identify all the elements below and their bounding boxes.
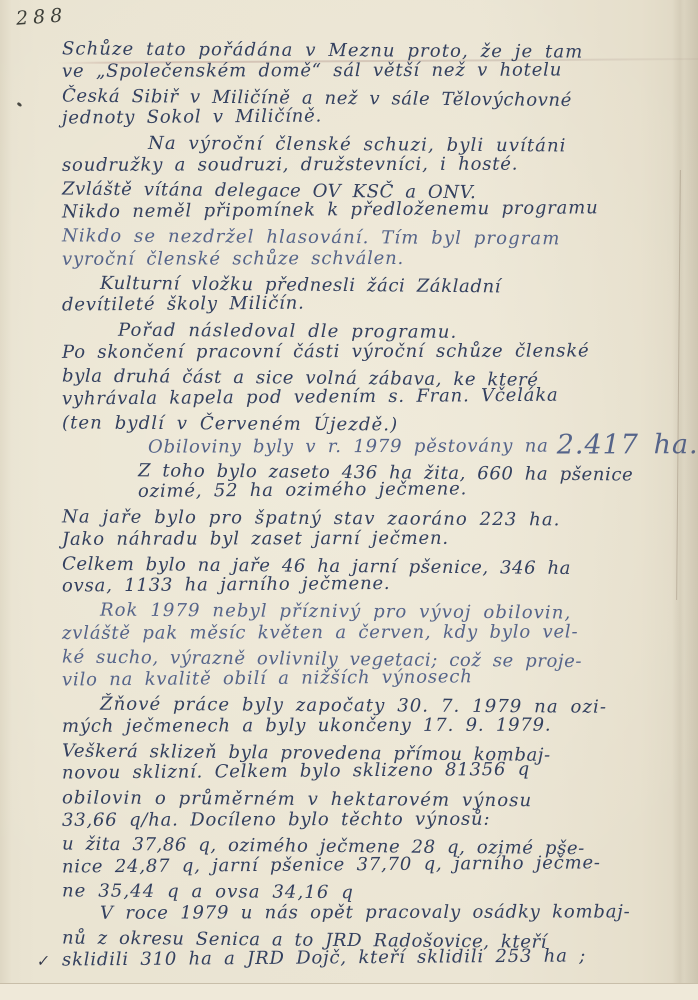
handwritten-line: ovsa, 1133 ha jarního ječmene. [0,570,698,599]
handwritten-line: Nikdo neměl připomínek k předloženemu pr… [0,195,698,224]
chronicle-page: 288 Schůze tato pořádána v Meznu proto, … [0,0,698,1000]
handwritten-line: mých ječmenech a byly ukončeny 17. 9. 19… [0,714,698,739]
handwritten-line: vyhrávala kapela pod vedením s. Fran. Vč… [0,382,698,411]
handwritten-line: ve „Společenském domě“ sál větší než v h… [0,59,698,84]
handwritten-line: nice 24,87 q, jarní pšenice 37,70 q, jar… [0,850,698,879]
handwritten-line: V roce 1979 u nás opět pracovaly osádky … [0,901,698,926]
handwritten-line: novou sklizní. Celkem bylo sklizeno 8135… [0,757,698,786]
handwritten-line: vilo na kvalitě obilí a nižších výnosech [0,663,698,692]
handwritten-line: sklidili 310 ha a JRD Dojč, kteří sklidi… [0,944,698,973]
check-mark: ✓ [35,951,49,970]
handwritten-line: 33,66 q/ha. Docíleno bylo těchto výnosů: [0,807,698,832]
handwritten-text: Schůze tato pořádána v Meznu proto, že j… [0,37,698,973]
handwritten-line: Obiloviny byly v r. 1979 pěstovány na2.4… [0,433,698,458]
handwritten-line: Jako náhradu byl zaset jarní ječmen. [0,526,698,551]
handwritten-line: soudružky a soudruzi, družstevníci, i ho… [0,152,698,177]
handwritten-line: Po skončení pracovní části výroční schůz… [0,339,698,364]
page-edge-shadow [672,0,698,1000]
line-text: Obiloviny byly v r. 1979 pěstovány na [148,435,549,457]
bottom-page-edge [0,983,698,1000]
page-number: 288 [15,4,68,30]
handwritten-line: vyroční členské schůze schválen. [0,246,698,271]
handwritten-line: jednoty Sokol v Miličíně. [0,102,698,131]
handwritten-line: zvláště pak měsíc květen a červen, kdy b… [0,620,698,645]
handwritten-line: devítileté školy Miličín. [0,289,698,318]
handwritten-line: ozimé, 52 ha ozimého ječmene. [0,476,698,505]
